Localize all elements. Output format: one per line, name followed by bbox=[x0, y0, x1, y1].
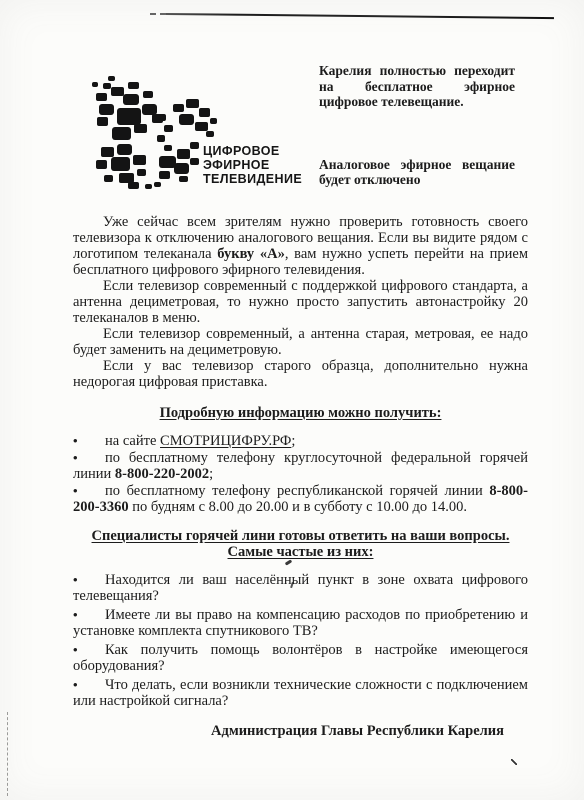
body-paragraph-1: Уже сейчас всем зрителям нужно проверить… bbox=[73, 214, 528, 278]
scan-artifact-dashes bbox=[150, 13, 166, 15]
lead-announcement: Карелия полностью переходит на бесплатно… bbox=[319, 63, 515, 188]
faq-heading-2: Самые частые из них: bbox=[73, 544, 528, 560]
bullet-icon: • bbox=[73, 607, 105, 623]
bullet-icon: • bbox=[73, 483, 105, 499]
scan-artifact-edge-line bbox=[7, 712, 8, 796]
body-paragraph-4: Если у вас телевизор старого образца, до… bbox=[73, 358, 528, 390]
bullet-icon: • bbox=[73, 572, 105, 588]
body-paragraph-2: Если телевизор современный с поддержкой … bbox=[73, 278, 528, 326]
logo-line-2: ЭФИРНОЕ bbox=[203, 158, 302, 172]
logo-line-3: ТЕЛЕВИДЕНИЕ bbox=[203, 172, 302, 186]
signature-line: Администрация Главы Республики Карелия bbox=[73, 723, 528, 739]
bullet-icon: • bbox=[73, 677, 105, 693]
logo-line-1: ЦИФРОВОЕ bbox=[203, 144, 302, 158]
faq-item-volunteers: •Как получить помощь волонтёров в настро… bbox=[73, 642, 528, 674]
faq-item-technical: •Что делать, если возникли технические с… bbox=[73, 677, 528, 709]
bullet-icon: • bbox=[73, 433, 105, 449]
bullet-icon: • bbox=[73, 642, 105, 658]
document-body: Уже сейчас всем зрителям нужно проверить… bbox=[73, 214, 528, 739]
scan-artifact-speck bbox=[511, 759, 517, 765]
body-p1-bold-letter-a: букву «А» bbox=[217, 246, 285, 262]
faq-item-coverage: •Находится ли ваш населённый пункт в зон… bbox=[73, 572, 528, 604]
lead-paragraph-2: Аналоговое эфирное вещание будет отключе… bbox=[319, 157, 515, 188]
federal-hotline-number: 8-800-220-2002 bbox=[115, 466, 209, 482]
info-item-website: •на сайте СМОТРИЦИФРУ.РФ; bbox=[73, 433, 528, 449]
info-item-republic-hotline: •по бесплатному телефону республиканской… bbox=[73, 483, 528, 515]
faq-heading-1: Специалисты горячей лини готовы ответить… bbox=[73, 528, 528, 544]
faq-bullet-list: •Находится ли ваш населённый пункт в зон… bbox=[73, 572, 528, 709]
info-heading: Подробную информацию можно получить: bbox=[73, 405, 528, 421]
logo-wordmark: ЦИФРОВОЕ ЭФИРНОЕ ТЕЛЕВИДЕНИЕ bbox=[203, 144, 302, 186]
info-bullet-list: •на сайте СМОТРИЦИФРУ.РФ; •по бесплатном… bbox=[73, 433, 528, 515]
info-item-federal-hotline: •по бесплатному телефону круглосуточной … bbox=[73, 450, 528, 482]
scanned-document-page: ЦИФРОВОЕ ЭФИРНОЕ ТЕЛЕВИДЕНИЕ Карелия пол… bbox=[0, 0, 584, 800]
bullet-icon: • bbox=[73, 450, 105, 466]
lead-paragraph-1: Карелия полностью переходит на бесплатно… bbox=[319, 63, 515, 110]
faq-item-compensation: •Имеете ли вы право на компенсацию расхо… bbox=[73, 607, 528, 639]
scan-artifact-line bbox=[166, 13, 554, 19]
body-paragraph-3: Если телевизор современный, а антенна ст… bbox=[73, 326, 528, 358]
digital-tv-logo: ЦИФРОВОЕ ЭФИРНОЕ ТЕЛЕВИДЕНИЕ bbox=[86, 70, 306, 198]
website-link[interactable]: СМОТРИЦИФРУ.РФ bbox=[160, 433, 291, 449]
